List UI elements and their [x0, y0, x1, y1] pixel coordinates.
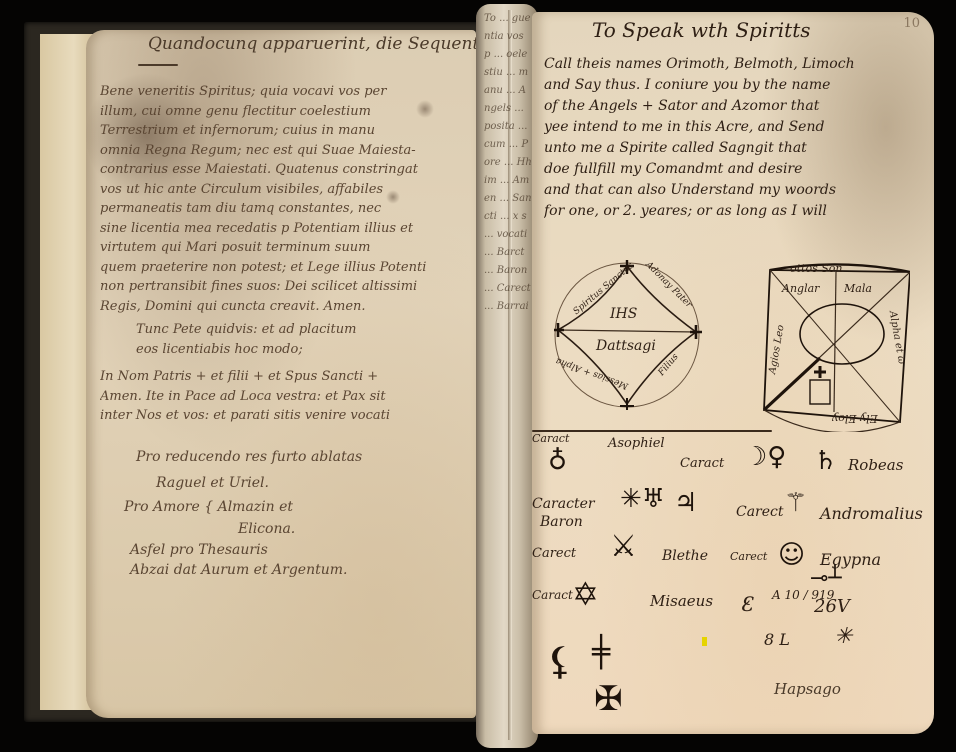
left-page-heading: Quandocunq apparuerint, die Sequentia — [148, 34, 495, 54]
sigil-name: Andromalius — [820, 504, 923, 523]
sigil-glyph-icon: ╪ — [592, 638, 610, 668]
entry-line: Asfel pro Thesauris — [100, 540, 472, 560]
text-line: sine licentia mea recedatis p Potentiam … — [100, 219, 472, 239]
right-page: To Speak wth Spiritts 10 Call theis name… — [532, 12, 934, 734]
text-line: Bene veneritis Spiritus; quia vocavi vos… — [100, 82, 472, 102]
entry-line: Abzai dat Aurum et Argentum. — [100, 560, 472, 580]
text-line: contrarius esse Maiestati. Quatenus cons… — [100, 160, 472, 180]
sigil-name: Hapsago — [774, 680, 841, 698]
sigil-glyph-icon: ☽♀ — [744, 444, 786, 470]
text-line: and Say thus. I coniure you by the name — [544, 75, 934, 96]
sigil-caption: Caract — [532, 432, 569, 445]
entry-line: Elicona. — [100, 518, 472, 540]
entry-line: Pro Amore { Almazin et — [100, 496, 472, 518]
text-line: Regis, Domini qui cuncta creavit. Amen. — [100, 297, 472, 317]
gutter-fragment-text: To ... guentia vos p ... oelestiu ... ma… — [484, 10, 532, 730]
sigil-name: Baron — [540, 514, 583, 530]
sigil-glyph-icon: ⊸┴ — [810, 568, 842, 590]
sigil-caption: Carect — [730, 550, 767, 563]
circle-center-bottom: Dattsagi — [596, 338, 656, 354]
sigil-name: Robeas — [848, 456, 903, 474]
page-number: 10 — [903, 16, 920, 31]
sigil-caption: Caracter — [532, 496, 595, 512]
sigil-glyph-icon: ♁ — [548, 448, 567, 474]
square-seal-diagram: ottos Son Anglar Mala Alpha et ω Agios L… — [760, 262, 910, 432]
sigil-caption: Caract — [680, 456, 724, 471]
highlight-marker — [702, 637, 707, 646]
sigil-glyph-icon: ✡ — [572, 578, 599, 610]
sigil-name: Blethe — [662, 548, 708, 564]
text-line: of the Angels + Sator and Azomor that — [544, 96, 934, 117]
cipher-glyph: Ꜫ — [742, 592, 754, 616]
text-line: virtutem qui Mari posuit terminum suum — [100, 238, 472, 258]
text-line: In Nom Patris + et filii + et Spus Sanct… — [100, 367, 472, 387]
entry-line: Pro reducendo res furto ablatas — [100, 444, 472, 470]
sigil-name: Misaeus — [650, 592, 713, 610]
text-line: Terrestrium et infernorum; cuius in manu — [100, 121, 472, 141]
sigil-glyph-icon: ⚸ — [546, 642, 574, 680]
square-label: Mala — [844, 282, 872, 295]
magic-circle-diagram: IHS Dattsagi Spiritus Sanctus Adonay Pat… — [552, 260, 702, 410]
square-label: ottos Son — [790, 262, 842, 275]
sigil-glyph-icon: ♄ — [814, 448, 837, 474]
sigil-caption: Caract — [532, 588, 573, 602]
square-label: Anglar — [782, 282, 819, 295]
text-line: vos ut hic ante Circulum visibiles, affa… — [100, 180, 472, 200]
text-line: Tunc Pete quidvis: et ad placitum — [100, 320, 472, 340]
sigil-glyph-icon: ♃ — [674, 490, 697, 516]
text-line: eos licentiabis hoc modo; — [100, 340, 472, 360]
sigil-glyph-icon: ✠ — [594, 682, 623, 716]
cipher-glyph: 26V — [814, 596, 850, 617]
text-line: unto me a Spirite called Sagngit that — [544, 138, 934, 159]
right-page-body: Call theis names Orimoth, Belmoth, Limoc… — [544, 54, 934, 222]
text-line: omnia Regna Regum; nec est qui Suae Maie… — [100, 141, 472, 161]
square-label: Ely Eloy — [832, 412, 878, 425]
sigil-glyph-icon: ⚚ — [784, 490, 807, 516]
text-line: Call theis names Orimoth, Belmoth, Limoc… — [544, 54, 934, 75]
text-line: and that can also Understand my woords — [544, 180, 934, 201]
sigil-caption: Carect — [532, 546, 576, 561]
cipher-glyph: 8 L — [764, 630, 790, 649]
text-line: non pertransibit fines suos: Dei scilice… — [100, 277, 472, 297]
sigil-glyph-icon: ✳♅ — [620, 486, 665, 512]
circle-center-top: IHS — [610, 306, 637, 322]
right-page-heading: To Speak wth Spiritts — [592, 18, 811, 42]
left-page-body: Bene veneritis Spiritus; quia vocavi vos… — [100, 82, 472, 580]
text-line: yee intend to me in this Acre, and Send — [544, 117, 934, 138]
text-line: doe fullfill my Comandmt and desire — [544, 159, 934, 180]
text-line: for one, or 2. yeares; or as long as I w… — [544, 201, 934, 222]
text-line: quem praeterire non potest; et Lege illi… — [100, 258, 472, 278]
text-line: Amen. Ite in Pace ad Loca vestra: et Pax… — [100, 387, 472, 407]
sigil-caption: Carect — [736, 504, 784, 520]
cipher-glyph: ✳ — [834, 624, 852, 649]
heading-flourish — [138, 64, 178, 66]
text-line: illum, cui omne genu flectitur coelestiu… — [100, 102, 472, 122]
left-page: Quandocunq apparuerint, die Sequentia Be… — [86, 30, 476, 718]
entry-line: Raguel et Uriel. — [100, 470, 472, 496]
text-line: inter Nos et vos: et parati sitis venire… — [100, 406, 472, 426]
sigil-glyph-icon: ⚔ — [610, 532, 637, 562]
text-line: permaneatis tam diu tamq constantes, nec — [100, 199, 472, 219]
sigil-name: Asophiel — [608, 436, 665, 451]
sigil-glyph-icon: ☺ — [778, 542, 805, 568]
